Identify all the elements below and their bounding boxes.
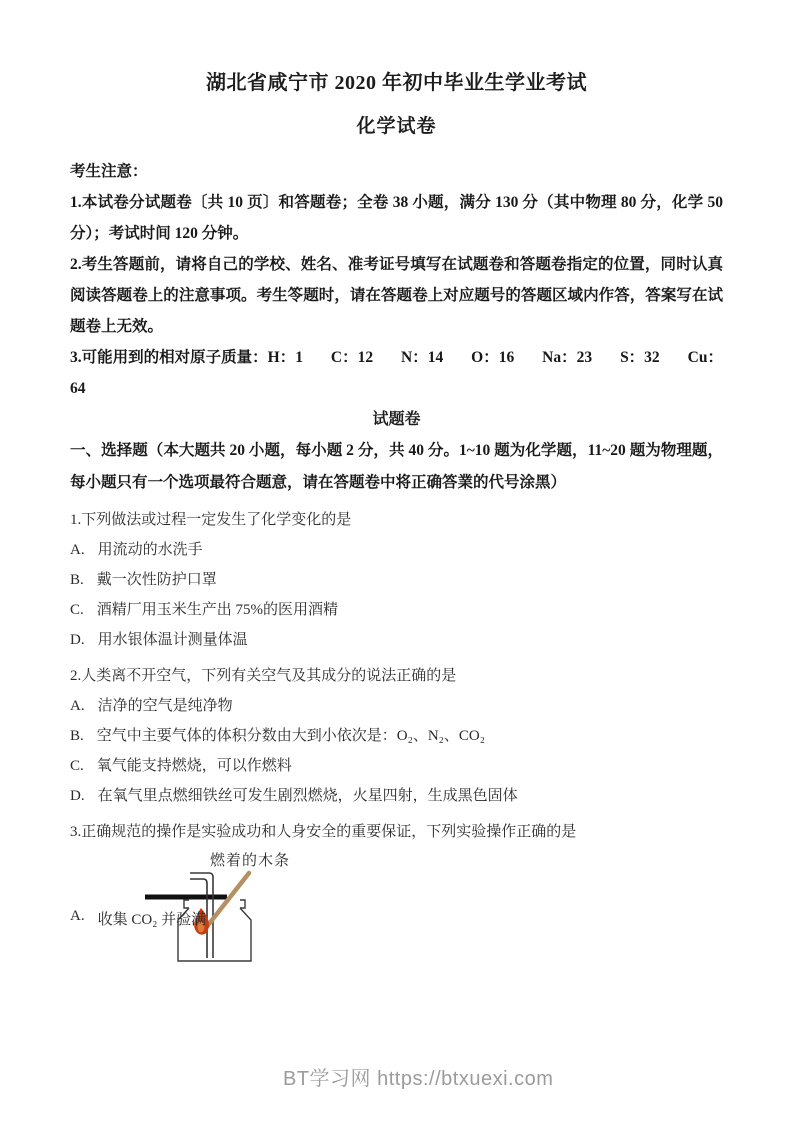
option-label: B. — [70, 565, 84, 595]
atomic-mass-wrapped-value: 64 — [70, 373, 723, 404]
option-label: B. — [70, 721, 84, 751]
option-label: D. — [70, 781, 85, 811]
option-label: C. — [70, 595, 84, 625]
atomic-mass-entry: Cu： — [688, 342, 723, 373]
question-2-option-a: A. 洁净的空气是纯净物 — [70, 691, 723, 721]
notice-item-1: 1.本试卷分试题卷〔共 10 页〕和答题卷；全卷 38 小题，满分 130 分（… — [70, 187, 723, 249]
question-1-option-c: C. 酒精厂用玉米生产出 75%的医用酒精 — [70, 595, 723, 625]
option-text: 酒精厂用玉米生产出 75%的医用酒精 — [97, 595, 338, 625]
question-2-option-b: B. 空气中主要气体的体积分数由大到小依次是：O₂、N₂、CO₂ — [70, 721, 723, 751]
exam-subtitle: 化学试卷 — [70, 111, 723, 138]
question-1-stem: 1.下列做法或过程一定发生了化学变化的是 — [70, 505, 723, 535]
atomic-mass-entry: C：12 — [331, 342, 373, 373]
atomic-mass-entry: N：14 — [401, 342, 443, 373]
figure-caption-burning-splint: 燃着的木条 — [210, 849, 290, 870]
section-1-header: 一、选择题（本大题共 20 小题，每小题 2 分，共 40 分。1~10 题为化… — [70, 435, 723, 499]
option-text: 收集 CO₂ 并验满 — [98, 908, 207, 929]
question-3-stem: 3.正确规范的操作是实验成功和人身安全的重要保证，下列实验操作正确的是 — [70, 817, 723, 847]
atomic-mass-label: 3.可能用到的相对原子质量： — [70, 349, 268, 366]
option-text: 在氧气里点燃细铁丝可发生剧烈燃烧，火星四射，生成黑色固体 — [98, 781, 518, 811]
question-1-option-a: A. 用流动的水洗手 — [70, 535, 723, 565]
notice-item-3-atomic-masses: 3.可能用到的相对原子质量：H：1 C：12 N：14 O：16 Na：23 S… — [70, 342, 723, 373]
exam-document-page: 湖北省咸宁市 2020 年初中毕业生学业考试 化学试卷 考生注意： 1.本试卷分… — [0, 0, 793, 1122]
atomic-mass-entry: S：32 — [620, 342, 660, 373]
atomic-mass-entry: O：16 — [471, 342, 514, 373]
option-text: 用流动的水洗手 — [98, 535, 203, 565]
question-3-option-a: A. 收集 CO₂ 并验满 — [70, 908, 206, 929]
option-label: A. — [70, 908, 85, 929]
wooden-splint-icon — [205, 873, 249, 929]
question-3-figure-block: 燃着的木条 A. 收集 CO₂ 并验满 — [70, 849, 723, 991]
notice-item-2: 2.考生答题前，请将自己的学校、姓名、准考证号填写在试题卷和答题卷指定的位置，同… — [70, 249, 723, 342]
atomic-mass-entry: Na：23 — [542, 342, 592, 373]
notice-heading: 考生注意： — [70, 156, 723, 187]
option-text: 用水银体温计测量体温 — [98, 625, 248, 655]
option-text: 戴一次性防护口罩 — [97, 565, 217, 595]
option-label: C. — [70, 751, 84, 781]
exam-title: 湖北省咸宁市 2020 年初中毕业生学业考试 — [70, 66, 723, 95]
atomic-mass-entry: H：1 — [268, 349, 303, 366]
option-text: 洁净的空气是纯净物 — [98, 691, 233, 721]
option-text: 空气中主要气体的体积分数由大到小依次是：O₂、N₂、CO₂ — [97, 721, 485, 751]
site-watermark: BT学习网 https://btxuexi.com — [283, 1062, 553, 1091]
paper-body-title: 试题卷 — [70, 404, 723, 435]
option-label: A. — [70, 535, 85, 565]
question-1-option-d: D. 用水银体温计测量体温 — [70, 625, 723, 655]
question-2-option-c: C. 氧气能支持燃烧，可以作燃料 — [70, 751, 723, 781]
option-text: 氧气能支持燃烧，可以作燃料 — [97, 751, 292, 781]
question-2-option-d: D. 在氧气里点燃细铁丝可发生剧烈燃烧，火星四射，生成黑色固体 — [70, 781, 723, 811]
option-label: A. — [70, 691, 85, 721]
option-label: D. — [70, 625, 85, 655]
question-2-stem: 2.人类离不开空气，下列有关空气及其成分的说法正确的是 — [70, 661, 723, 691]
question-1-option-b: B. 戴一次性防护口罩 — [70, 565, 723, 595]
